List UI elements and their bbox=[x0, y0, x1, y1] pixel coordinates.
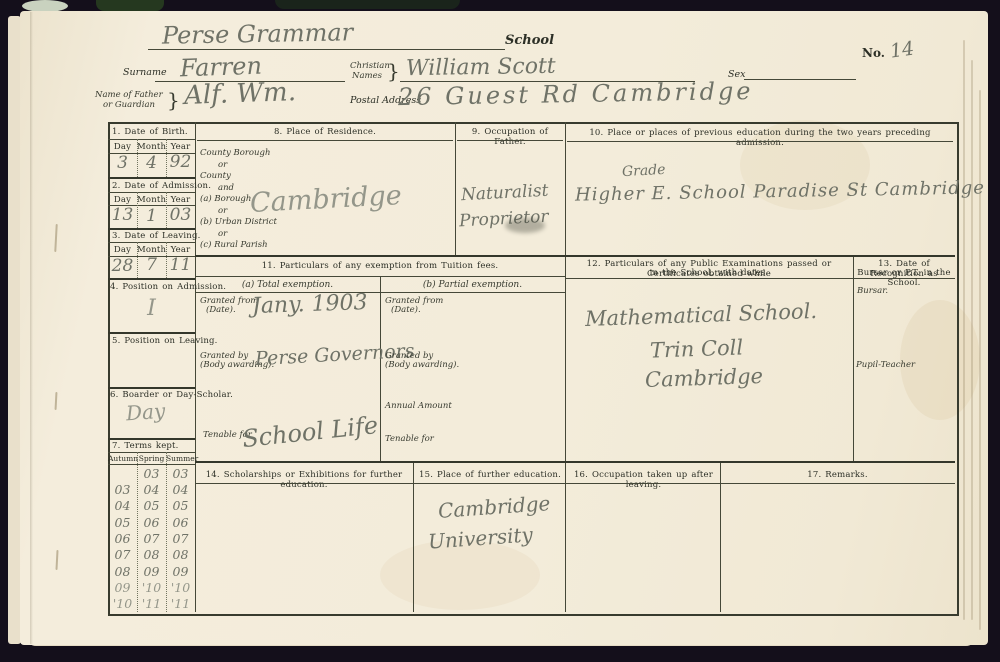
examinations-value: Trin Coll bbox=[650, 335, 744, 362]
grid-line bbox=[137, 139, 138, 177]
grid-line bbox=[166, 242, 167, 278]
grid-line bbox=[137, 192, 138, 228]
admission-day: 13 bbox=[108, 205, 137, 225]
rule bbox=[148, 49, 505, 50]
partial-exemption-title: (b) Partial exemption. bbox=[380, 280, 565, 290]
year-header: Year bbox=[166, 195, 195, 205]
examinations-title: in the School, with dates. bbox=[567, 268, 851, 278]
residence-option: County Borough bbox=[200, 148, 270, 158]
terms-col-autumn: Autumn bbox=[108, 454, 137, 463]
grid-line bbox=[195, 255, 955, 257]
grid-line bbox=[197, 140, 453, 141]
residence-option: and bbox=[218, 183, 234, 193]
occupation-after-title: 16. Occupation taken up after leaving. bbox=[567, 470, 720, 490]
grid-line bbox=[567, 141, 953, 142]
terms-title: 7. Terms kept. bbox=[112, 441, 179, 451]
no-label: No. bbox=[862, 46, 885, 60]
birth-day: 3 bbox=[108, 153, 137, 173]
remarks-title: 17. Remarks. bbox=[720, 470, 955, 480]
pupil-teacher-label: Pupil-Teacher bbox=[856, 360, 915, 370]
brace-glyph: } bbox=[167, 88, 180, 112]
leaving-day: 28 bbox=[108, 256, 137, 276]
grid-line bbox=[195, 461, 955, 463]
year-header: Year bbox=[166, 142, 195, 152]
father-guardian-value: Alf. Wm. bbox=[184, 77, 297, 111]
terms-row: 050606 bbox=[108, 514, 195, 530]
granted-from-label: (Date). bbox=[206, 305, 236, 315]
position-leaving-title: 5. Position on Leaving. bbox=[112, 336, 218, 346]
terms-row: '10'11'11 bbox=[108, 596, 195, 612]
scholarships-title: 14. Scholarships or Exhibitions for furt… bbox=[195, 470, 413, 490]
residence-title: 8. Place of Residence. bbox=[195, 127, 455, 137]
grid-line bbox=[108, 177, 195, 179]
grid-line bbox=[853, 255, 854, 461]
birth-year: 92 bbox=[166, 152, 195, 172]
grid-line bbox=[108, 332, 195, 334]
leaving-year: 11 bbox=[166, 255, 195, 275]
grid-line bbox=[166, 139, 167, 177]
boarder-title: 6. Boarder or Day-Scholar. bbox=[110, 390, 233, 400]
birth-title: 1. Date of Birth. bbox=[112, 127, 188, 137]
grid-line bbox=[108, 139, 195, 140]
grid-line bbox=[195, 483, 955, 484]
father-guardian-label: or Guardian bbox=[103, 100, 155, 110]
residence-option: or bbox=[218, 206, 227, 216]
day-header: Day bbox=[108, 245, 137, 255]
residence-option: or bbox=[218, 229, 227, 239]
terms-row: 070808 bbox=[108, 547, 195, 563]
ink-smudge bbox=[505, 218, 545, 233]
tenable-label: Tenable for bbox=[385, 434, 434, 444]
grid-line bbox=[108, 438, 195, 440]
leaving-month: 7 bbox=[137, 255, 166, 275]
school-label: School bbox=[505, 33, 554, 48]
month-header: Month bbox=[137, 195, 166, 205]
day-header: Day bbox=[108, 195, 137, 205]
year-header: Year bbox=[166, 245, 195, 255]
previous-education-title: 10. Place or places of previous educatio… bbox=[565, 128, 955, 148]
grid-line bbox=[108, 228, 195, 230]
grid-line bbox=[108, 192, 195, 193]
granted-from-value: Jany. 1903 bbox=[252, 290, 368, 319]
rule bbox=[744, 79, 856, 80]
position-admission-value: I bbox=[108, 296, 195, 321]
terms-col-spring: Spring bbox=[137, 454, 166, 463]
examinations-value: Cambridge bbox=[645, 364, 764, 392]
terms-table: 0303 030404 040505 050606 060707 070808 … bbox=[108, 465, 195, 612]
grid-line bbox=[565, 122, 566, 612]
granted-by-label: (Body awarding). bbox=[385, 360, 459, 370]
grid-line bbox=[166, 192, 167, 228]
christian-names-label: Names bbox=[352, 71, 382, 81]
grid-line bbox=[195, 292, 565, 293]
residence-option: (b) Urban District bbox=[200, 217, 277, 227]
christian-names-label: Christian bbox=[350, 61, 390, 71]
birth-month: 4 bbox=[137, 153, 166, 173]
father-occupation-title: 9. Occupation of Father. bbox=[455, 127, 565, 147]
exemption-title: 11. Particulars of any exemption from Tu… bbox=[195, 261, 565, 271]
total-exemption-title: (a) Total exemption. bbox=[195, 280, 380, 290]
residence-option: or bbox=[218, 160, 227, 170]
bursar-label: Bursar. bbox=[857, 286, 888, 296]
recognition-title: Bursar or P.T. in the School. bbox=[855, 268, 953, 288]
month-header: Month bbox=[137, 142, 166, 152]
leaving-title: 3. Date of Leaving. bbox=[112, 231, 201, 241]
admission-month: 1 bbox=[137, 206, 166, 226]
grid-line bbox=[137, 242, 138, 278]
day-header: Day bbox=[108, 142, 137, 152]
further-education-title: 15. Place of further education. bbox=[413, 470, 567, 480]
previous-education-insert: Grade bbox=[622, 162, 666, 180]
no-value: 14 bbox=[889, 37, 916, 62]
grid-line bbox=[108, 242, 195, 243]
brace-glyph: } bbox=[387, 59, 400, 83]
postal-address-value: 26 Guest Rd Cambridge bbox=[398, 77, 754, 111]
boarder-value: Day bbox=[125, 399, 166, 426]
grid-line bbox=[108, 278, 195, 280]
grid-line bbox=[108, 452, 195, 453]
terms-row: 060707 bbox=[108, 530, 195, 546]
grid-line bbox=[380, 276, 381, 461]
surname-label: Surname bbox=[123, 67, 167, 78]
granted-from-label: (Date). bbox=[391, 305, 421, 315]
grid-line bbox=[108, 387, 195, 389]
terms-row: 080909 bbox=[108, 563, 195, 579]
terms-col-summer: Summer bbox=[166, 454, 195, 463]
grid-line bbox=[195, 122, 196, 612]
admission-title: 2. Date of Admission. bbox=[112, 181, 211, 191]
residence-option: (a) Borough bbox=[200, 194, 251, 204]
terms-row: 030404 bbox=[108, 481, 195, 497]
grid-line bbox=[457, 140, 563, 141]
christian-names-value: William Scott bbox=[406, 54, 556, 82]
terms-row: 09'10'10 bbox=[108, 579, 195, 595]
father-guardian-label: Name of Father bbox=[95, 90, 163, 100]
terms-row: 040505 bbox=[108, 498, 195, 514]
grid-line bbox=[195, 276, 565, 277]
admission-year: 03 bbox=[166, 205, 195, 225]
residence-option: (c) Rural Parish bbox=[200, 240, 268, 250]
terms-row: 0303 bbox=[108, 465, 195, 481]
register-book-photo: Perse Grammar School No. 14 Surname Farr… bbox=[0, 0, 1000, 662]
month-header: Month bbox=[137, 245, 166, 255]
residence-option: County bbox=[200, 171, 231, 181]
school-name-value: Perse Grammar bbox=[162, 18, 354, 49]
form-layer: Perse Grammar School No. 14 Surname Farr… bbox=[0, 0, 1000, 662]
annual-amount-label: Annual Amount bbox=[385, 401, 452, 411]
